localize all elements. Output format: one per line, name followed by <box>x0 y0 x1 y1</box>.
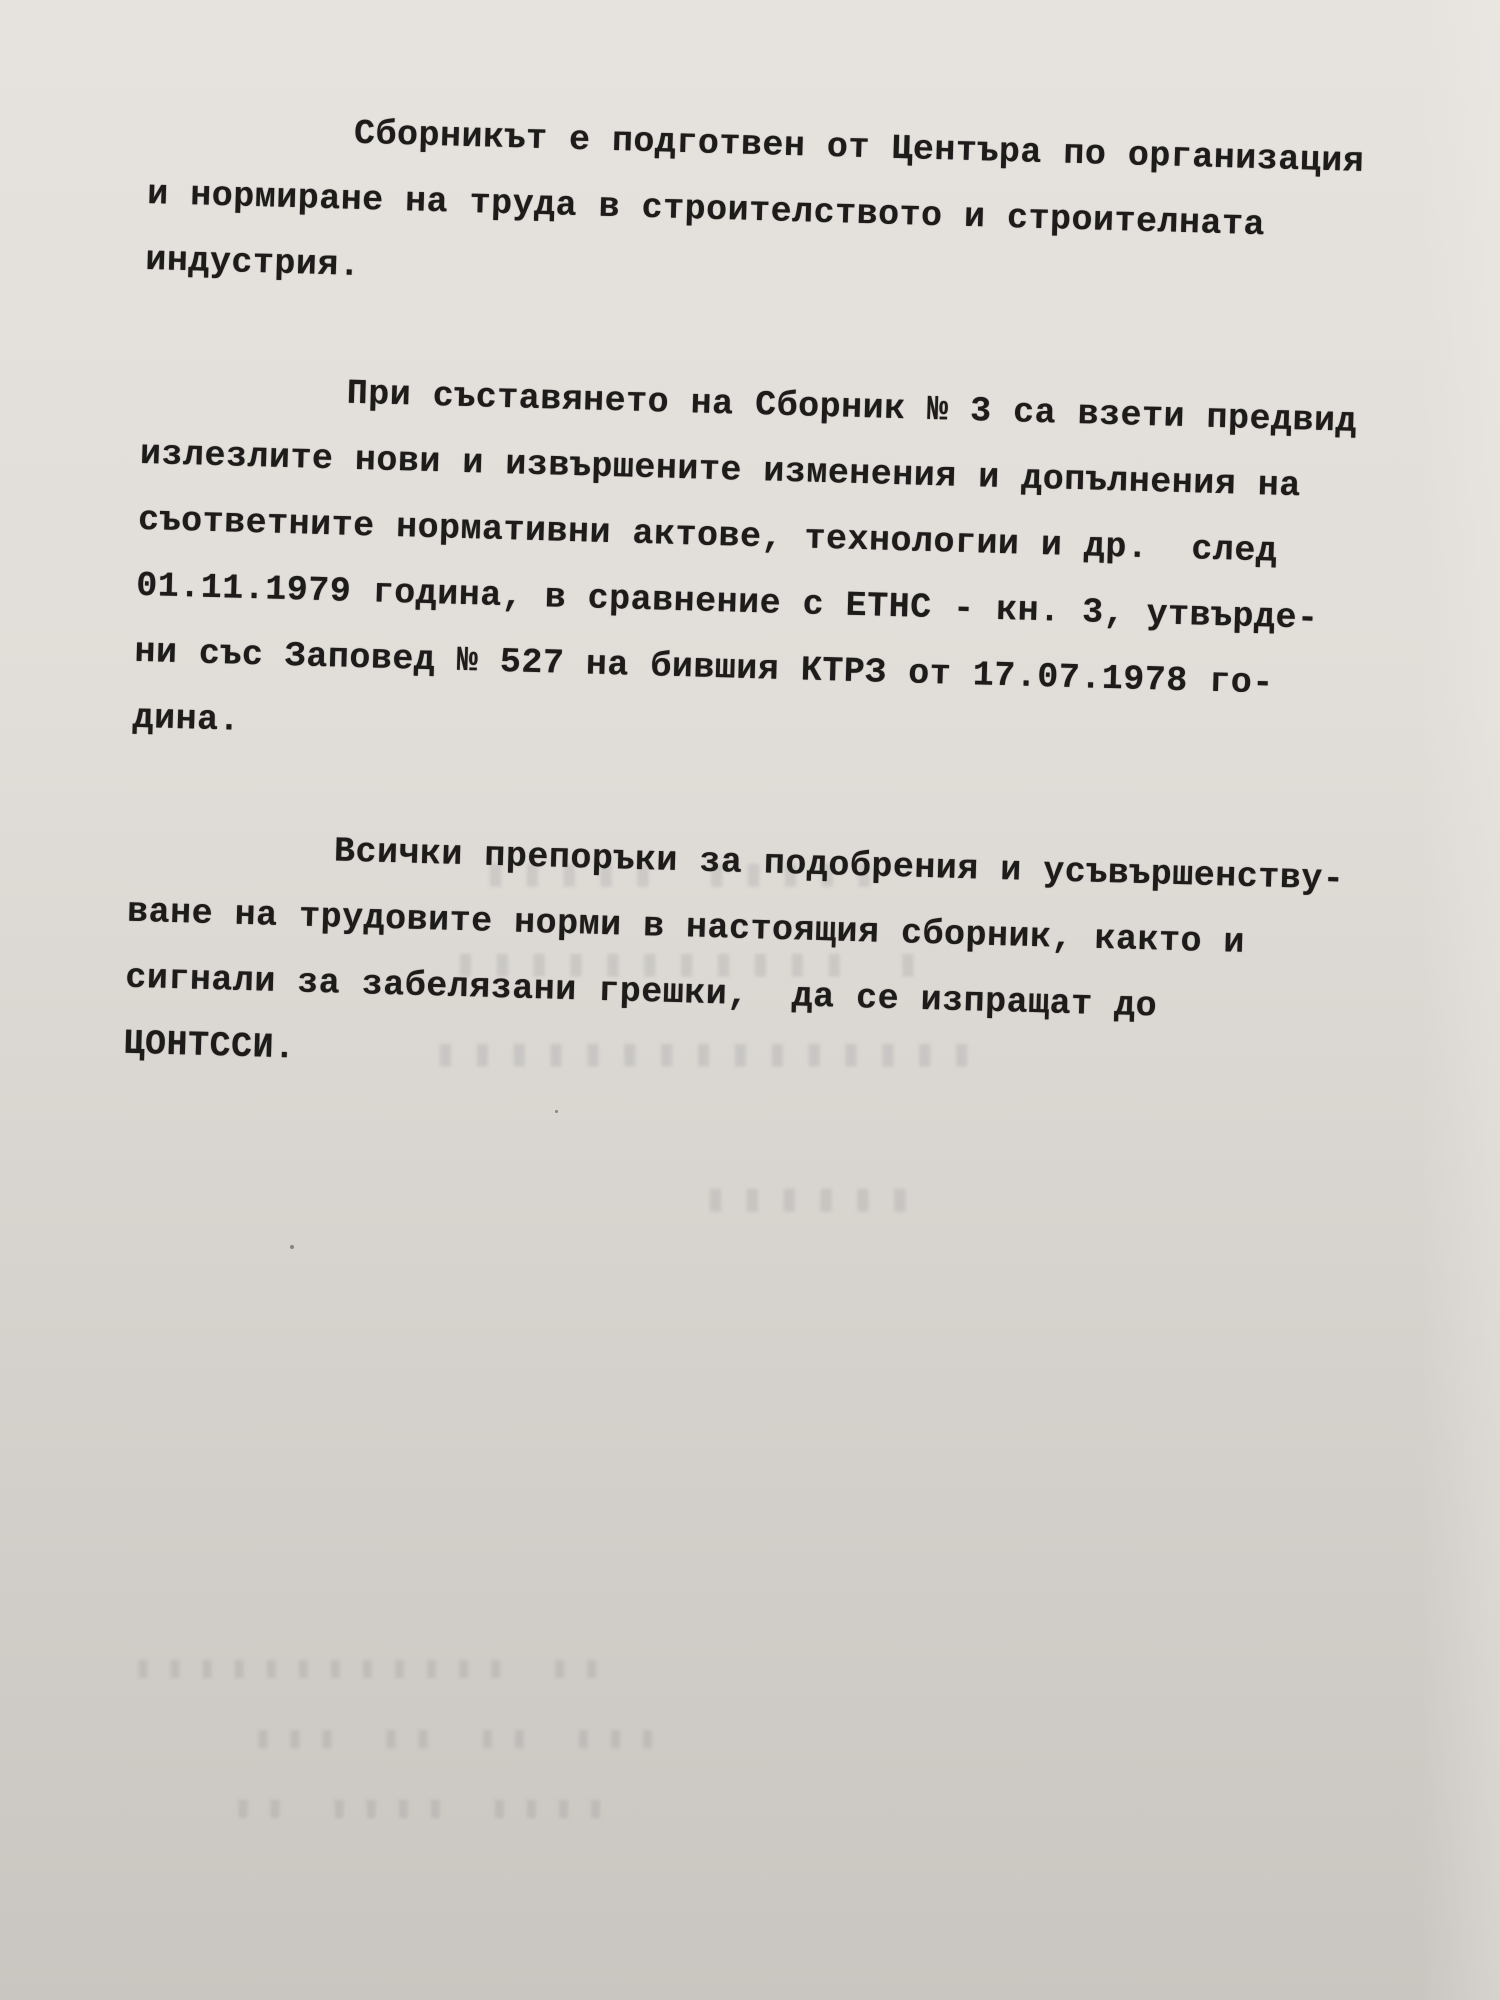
bleed-through-mark: ▮▮▮ ▮▮ ▮▮ ▮▮▮ <box>240 1720 657 1757</box>
paragraph-2: При съставянето на Сборник № 3 са взети … <box>132 355 1393 786</box>
document-page: ▮▮▮▮▮ ▮▮▮▮▮ ▮ ▮▮▮▮▮▮▮▮▮▮▮ ▮▮▮▮▮▮▮▮▮▮▮▮▮▮… <box>0 0 1500 2000</box>
bleed-through-mark: ▮▮ ▮▮▮▮▮▮▮▮▮▮▮▮ <box>120 1650 601 1687</box>
paragraph-1: Сборникът е подготвен от Центъра по орга… <box>144 95 1399 328</box>
bleed-through-mark: ▮▮▮▮▮▮ <box>690 1175 911 1222</box>
page-edge-shading <box>1420 0 1500 2000</box>
bleed-through-mark: ▮▮▮▮ ▮▮▮▮ ▮▮ <box>220 1790 605 1827</box>
paragraph-3: Всички препоръки за подобрения и усъвърш… <box>123 813 1380 1112</box>
paper-speck <box>290 1245 294 1249</box>
typewritten-text: Сборникът е подготвен от Центъра по орга… <box>121 95 1400 1173</box>
